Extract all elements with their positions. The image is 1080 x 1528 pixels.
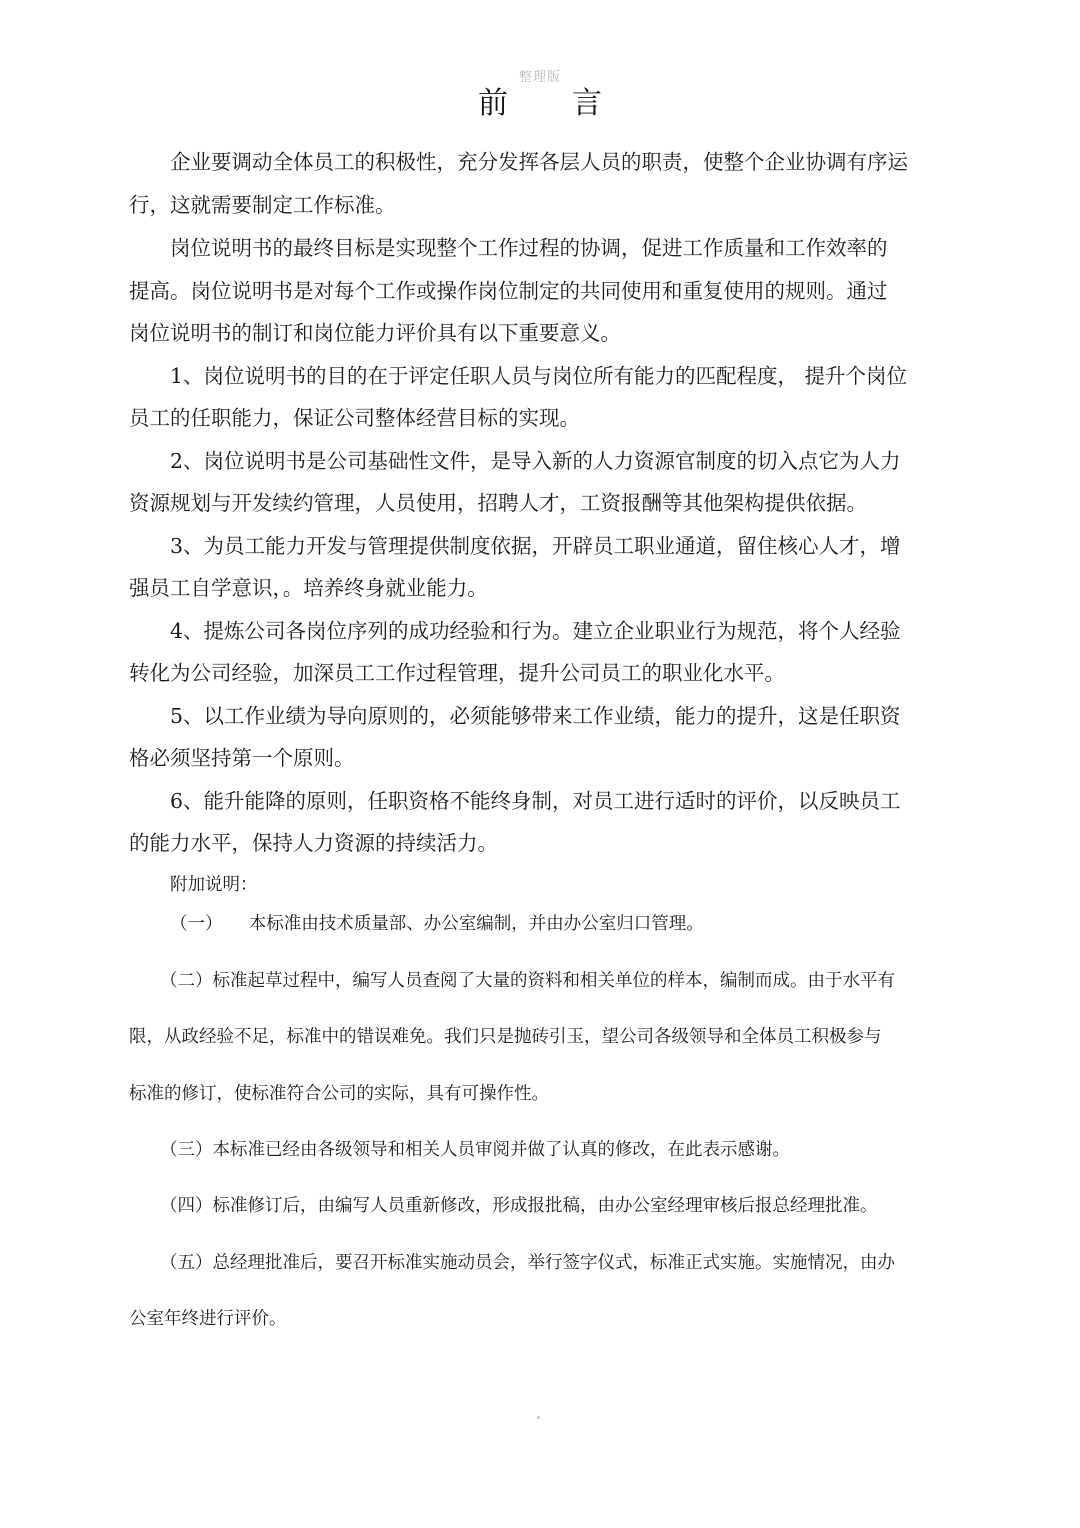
appendix-5-line-1: （五）总经理批准后，要召开标准实施动员会，举行签字仪式，标准正式实施。实施情况，… <box>160 1249 895 1277</box>
item-3-line-2: 强员工自学意识，。培养终身就业能力。 <box>129 574 488 602</box>
item-5-line-1: 5、以工作业绩为导向原则的，必须能够带来工作业绩，能力的提升，这是任职资 <box>170 702 901 730</box>
header-watermark: 整理版 <box>0 66 1080 85</box>
appendix-2-line-2: 限，从政经验不足，标准中的错误难免。我们只是抛砖引玉，望公司各级领导和全体员工积… <box>129 1023 882 1051</box>
item-6-line-1: 6、能升能降的原则，任职资格不能终身制，对员工进行适时的评价，以反映员工 <box>170 787 901 815</box>
item-4-line-2: 转化为公司经验，加深员工工作过程管理，提升公司员工的职业化水平。 <box>129 659 785 687</box>
item-1-line-1: 1、岗位说明书的目的在于评定任职人员与岗位所有能力的匹配程度， 提升个岗位 <box>170 362 907 390</box>
appendix-5-line-2: 公室年终进行评价。 <box>129 1305 287 1333</box>
title-char-2: 言 <box>572 84 602 124</box>
appendix-label: 附加说明： <box>170 871 258 899</box>
purpose-line-1: 岗位说明书的最终目标是实现整个工作过程的协调，促进工作质量和工作效率的 <box>170 234 888 262</box>
intro-line-2: 行，这就需要制定工作标准。 <box>129 191 396 219</box>
item-3-line-1: 3、为员工能力开发与管理提供制度依据，开辟员工职业通道，留住核心人才，增 <box>170 532 901 560</box>
item-4-line-1: 4、提炼公司各岗位序列的成功经验和行为。建立企业职业行为规范，将个人经验 <box>170 617 901 645</box>
item-1-line-2: 员工的任职能力，保证公司整体经营目标的实现。 <box>129 404 580 432</box>
item-5-line-2: 格必须坚持第一个原则。 <box>129 744 355 772</box>
appendix-4-line-1: （四）标准修订后，由编写人员重新修改，形成报批稿，由办公室经理审核后报总经理批准… <box>160 1192 878 1220</box>
footer-dot <box>537 1416 540 1419</box>
appendix-2-line-1: （二）标准起草过程中，编写人员查阅了大量的资料和相关单位的样本，编制而成。由于水… <box>160 967 895 995</box>
item-2-line-1: 2、岗位说明书是公司基础性文件，是导入新的人力资源官制度的切入点它为人力 <box>170 447 901 475</box>
page-title: 前言 <box>0 84 1080 124</box>
appendix-2-line-3: 标准的修订，使标准符合公司的实际，具有可操作性。 <box>129 1080 549 1108</box>
title-char-1: 前 <box>478 84 508 124</box>
appendix-1-line-1: （一） 本标准由技术质量部、办公室编制，并由办公室归口管理。 <box>170 910 704 938</box>
intro-line-1: 企业要调动全体员工的积极性，充分发挥各层人员的职责，使整个企业协调有序运 <box>170 148 908 176</box>
item-6-line-2: 的能力水平，保持人力资源的持续活力。 <box>129 829 498 857</box>
item-2-line-2: 资源规划与开发续约管理，人员使用，招聘人才，工资报酬等其他架构提供依据。 <box>129 489 867 517</box>
appendix-3-line-1: （三）本标准已经由各级领导和相关人员审阅并做了认真的修改，在此表示感谢。 <box>160 1136 790 1164</box>
purpose-line-2: 提高。岗位说明书是对每个工作或操作岗位制定的共同使用和重复使用的规则。通过 <box>129 277 888 305</box>
purpose-line-3: 岗位说明书的制订和岗位能力评价具有以下重要意义。 <box>129 319 621 347</box>
